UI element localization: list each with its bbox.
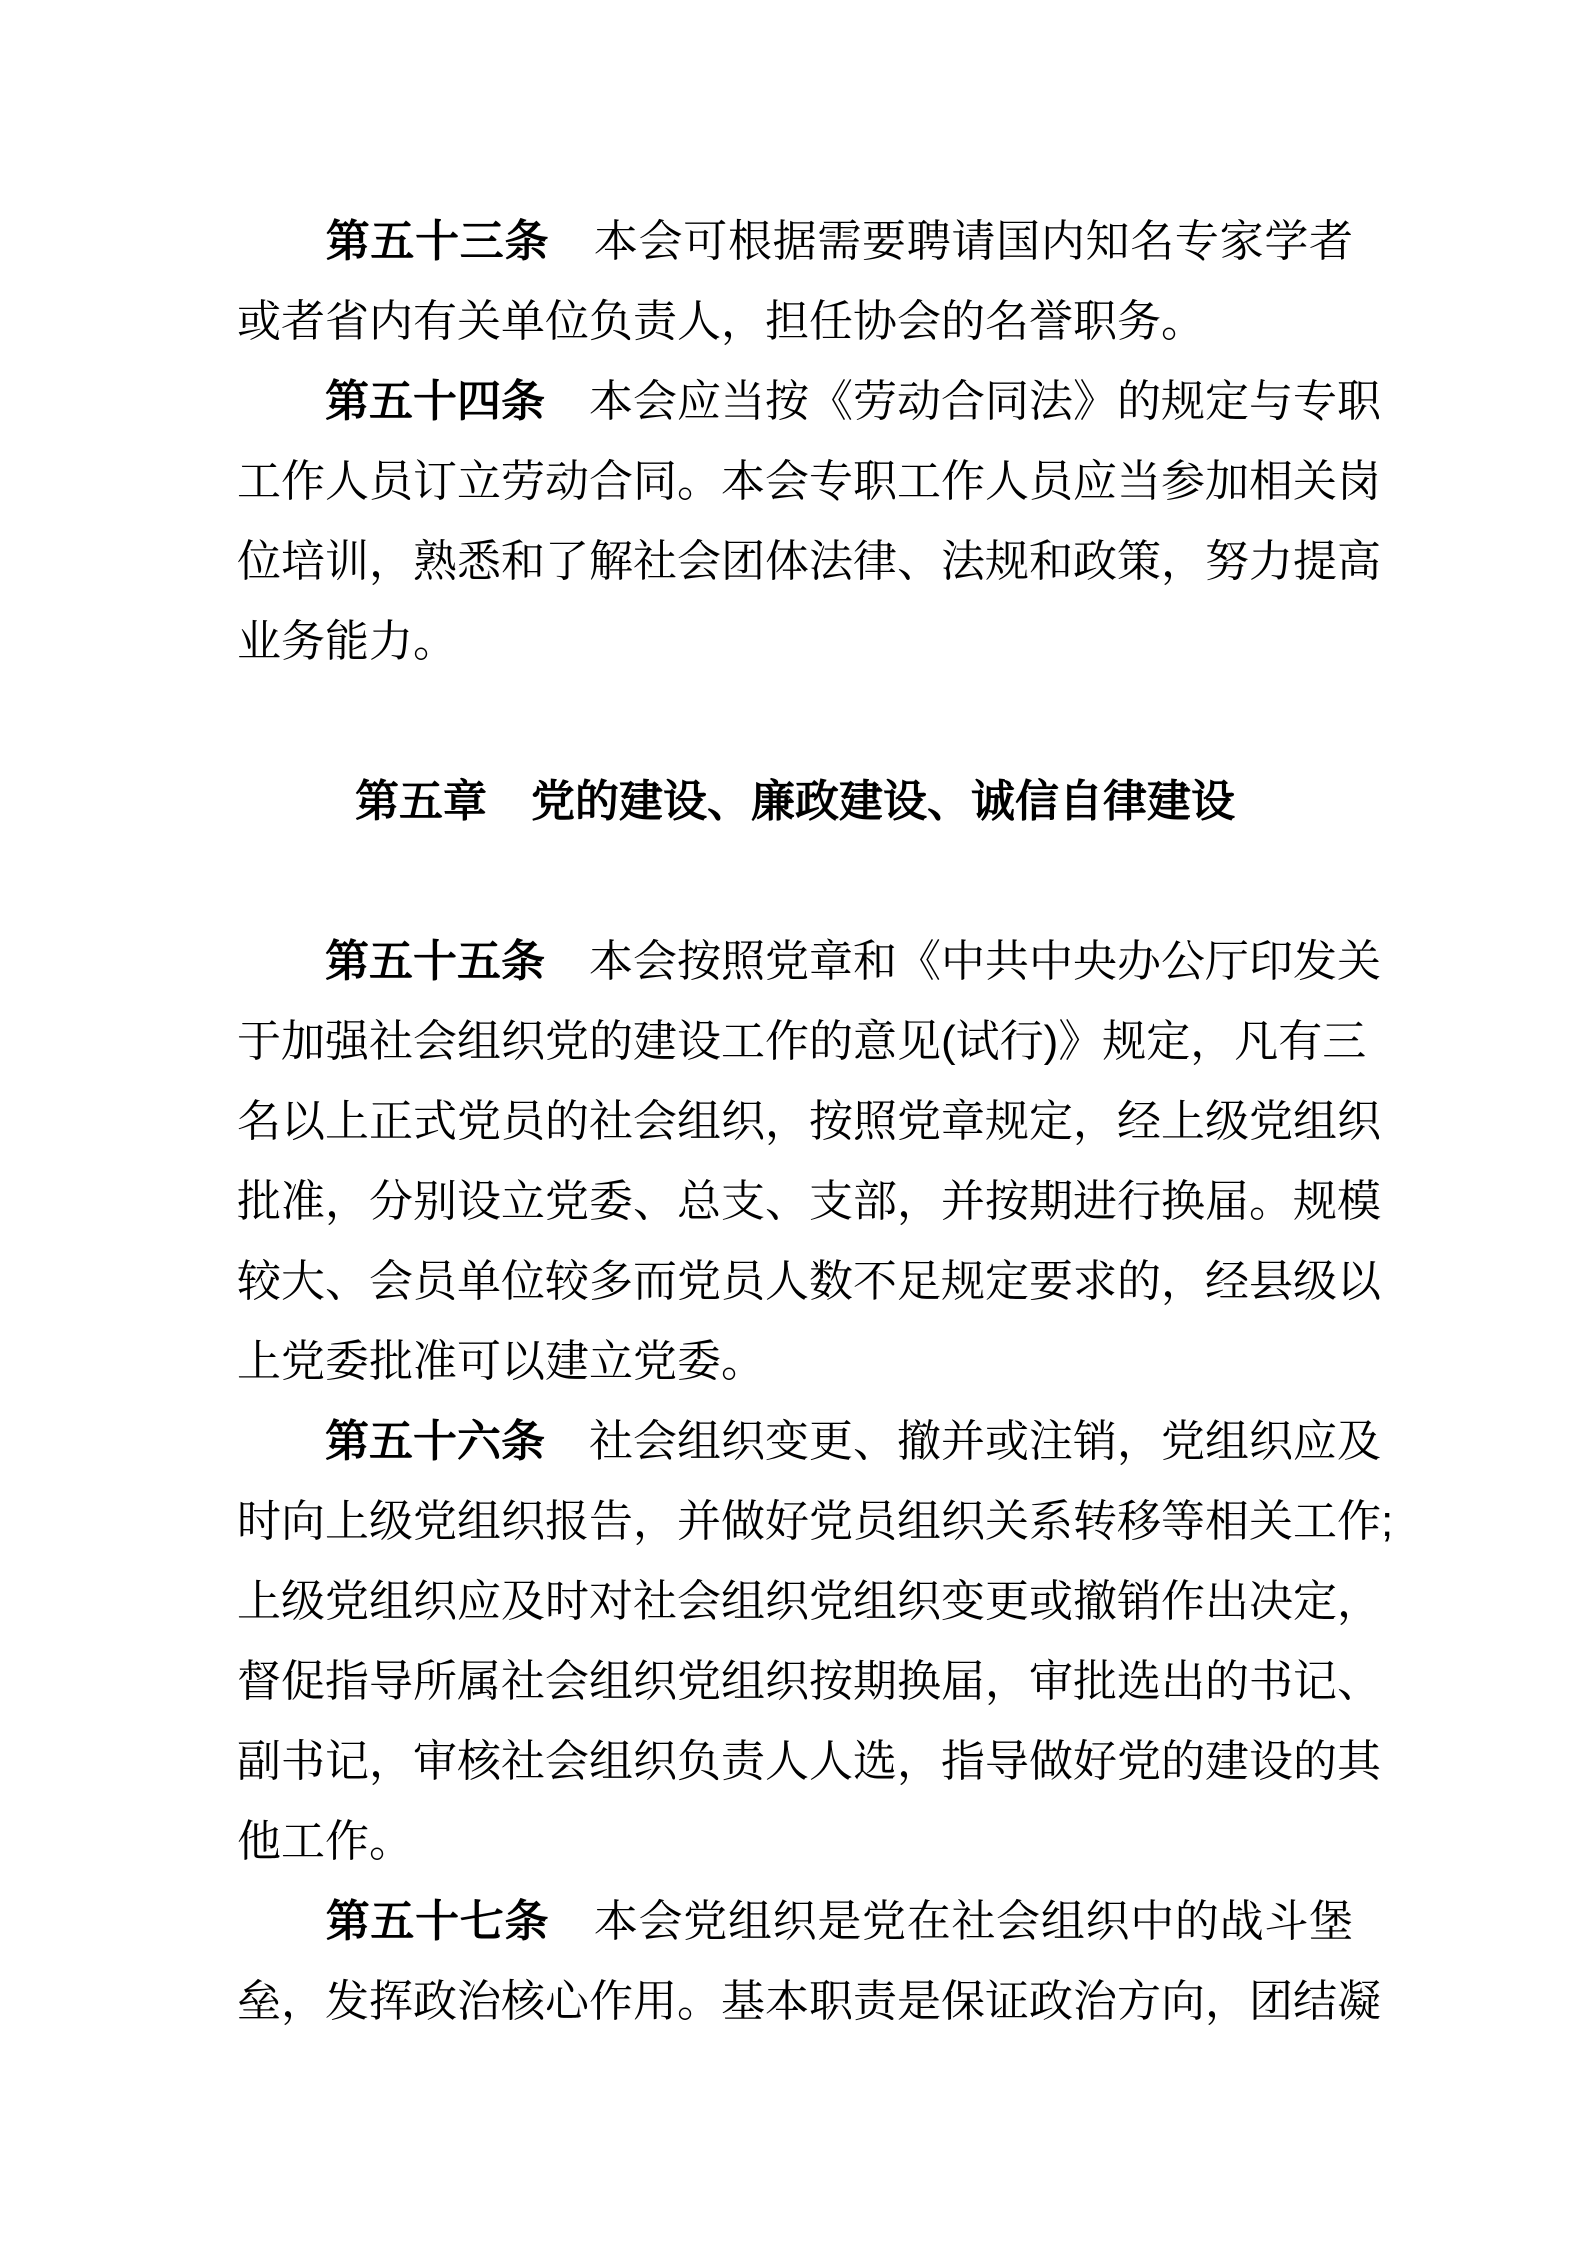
line-text: 上党委批准可以建立党委。 [237,1337,765,1386]
article-paragraph: 第五十七条 本会党组织是党在社会组织中的战斗堡垒，发挥政治核心作用。基本职责是保… [237,1882,1353,2042]
line-text: 副书记，审核社会组织负责人人选，指导做好党的建设的其 [237,1737,1381,1786]
line-text: 本会可根据需要聘请国内知名专家学者 [549,217,1353,266]
line-text: 本会按照党章和《中共中央办公厅印发关 [545,937,1381,986]
text-line: 他工作。 [237,1802,1353,1882]
article-number: 第五十六条 [325,1417,545,1466]
line-text: 督促指导所属社会组织党组织按期换届，审批选出的书记、 [237,1657,1381,1706]
line-text: 位培训，熟悉和了解社会团体法律、法规和政策，努力提高 [237,537,1381,586]
first-line-indent [237,975,325,976]
article-paragraph: 第五十六条 社会组织变更、撤并或注销，党组织应及时向上级党组织报告，并做好党员组… [237,1402,1353,1882]
text-line: 上党委批准可以建立党委。 [237,1322,1353,1402]
text-line: 垒，发挥政治核心作用。基本职责是保证政治方向，团结凝 [237,1962,1353,2042]
line-text: 批准，分别设立党委、总支、支部，并按期进行换届。规模 [237,1177,1381,1226]
text-line: 第五十三条 本会可根据需要聘请国内知名专家学者 [237,202,1353,282]
article-number: 第五十三条 [325,217,549,266]
document-page: 第五十三条 本会可根据需要聘请国内知名专家学者或者省内有关单位负责人，担任协会的… [237,202,1353,2042]
text-line: 督促指导所属社会组织党组织按期换届，审批选出的书记、 [237,1642,1353,1722]
text-line: 第五十七条 本会党组织是党在社会组织中的战斗堡 [237,1882,1353,1962]
text-line: 于加强社会组织党的建设工作的意见(试行)》规定，凡有三 [237,1002,1353,1082]
line-text: 社会组织变更、撤并或注销，党组织应及 [545,1417,1381,1466]
text-line: 批准，分别设立党委、总支、支部，并按期进行换届。规模 [237,1162,1353,1242]
article-number: 第五十七条 [325,1897,549,1946]
text-line: 时向上级党组织报告，并做好党员组织关系转移等相关工作; [237,1482,1353,1562]
first-line-indent [237,1455,325,1456]
line-text: 较大、会员单位较多而党员人数不足规定要求的，经县级以 [237,1257,1381,1306]
text-line: 或者省内有关单位负责人，担任协会的名誉职务。 [237,282,1353,362]
text-line: 工作人员订立劳动合同。本会专职工作人员应当参加相关岗 [237,442,1353,522]
article-number: 第五十四条 [325,377,545,426]
line-text: 上级党组织应及时对社会组织党组织变更或撤销作出决定， [237,1577,1381,1626]
line-text: 于加强社会组织党的建设工作的意见(试行)》规定，凡有三 [237,1017,1366,1066]
text-line: 较大、会员单位较多而党员人数不足规定要求的，经县级以 [237,1242,1353,1322]
line-text: 名以上正式党员的社会组织，按照党章规定，经上级党组织 [237,1097,1381,1146]
line-text: 时向上级党组织报告，并做好党员组织关系转移等相关工作; [237,1497,1393,1546]
text-line: 业务能力。 [237,602,1353,682]
line-text: 他工作。 [237,1817,413,1866]
article-paragraph: 第五十五条 本会按照党章和《中共中央办公厅印发关于加强社会组织党的建设工作的意见… [237,922,1353,1402]
text-line: 名以上正式党员的社会组织，按照党章规定，经上级党组织 [237,1082,1353,1162]
chapter-heading: 第五章 党的建设、廉政建设、诚信自律建设 [237,762,1353,842]
article-paragraph: 第五十三条 本会可根据需要聘请国内知名专家学者或者省内有关单位负责人，担任协会的… [237,202,1353,362]
line-text: 或者省内有关单位负责人，担任协会的名誉职务。 [237,297,1205,346]
line-text: 工作人员订立劳动合同。本会专职工作人员应当参加相关岗 [237,457,1381,506]
first-line-indent [237,415,325,416]
line-text: 本会党组织是党在社会组织中的战斗堡 [549,1897,1353,1946]
text-line: 位培训，熟悉和了解社会团体法律、法规和政策，努力提高 [237,522,1353,602]
text-line: 第五十五条 本会按照党章和《中共中央办公厅印发关 [237,922,1353,1002]
text-line: 第五十四条 本会应当按《劳动合同法》的规定与专职 [237,362,1353,442]
text-line: 上级党组织应及时对社会组织党组织变更或撤销作出决定， [237,1562,1353,1642]
article-number: 第五十五条 [325,937,545,986]
text-line: 第五十六条 社会组织变更、撤并或注销，党组织应及 [237,1402,1353,1482]
first-line-indent [237,255,325,256]
line-text: 垒，发挥政治核心作用。基本职责是保证政治方向，团结凝 [237,1977,1381,2026]
line-text: 业务能力。 [237,617,457,666]
first-line-indent [237,1935,325,1936]
text-line: 副书记，审核社会组织负责人人选，指导做好党的建设的其 [237,1722,1353,1802]
line-text: 本会应当按《劳动合同法》的规定与专职 [545,377,1381,426]
article-paragraph: 第五十四条 本会应当按《劳动合同法》的规定与专职工作人员订立劳动合同。本会专职工… [237,362,1353,682]
